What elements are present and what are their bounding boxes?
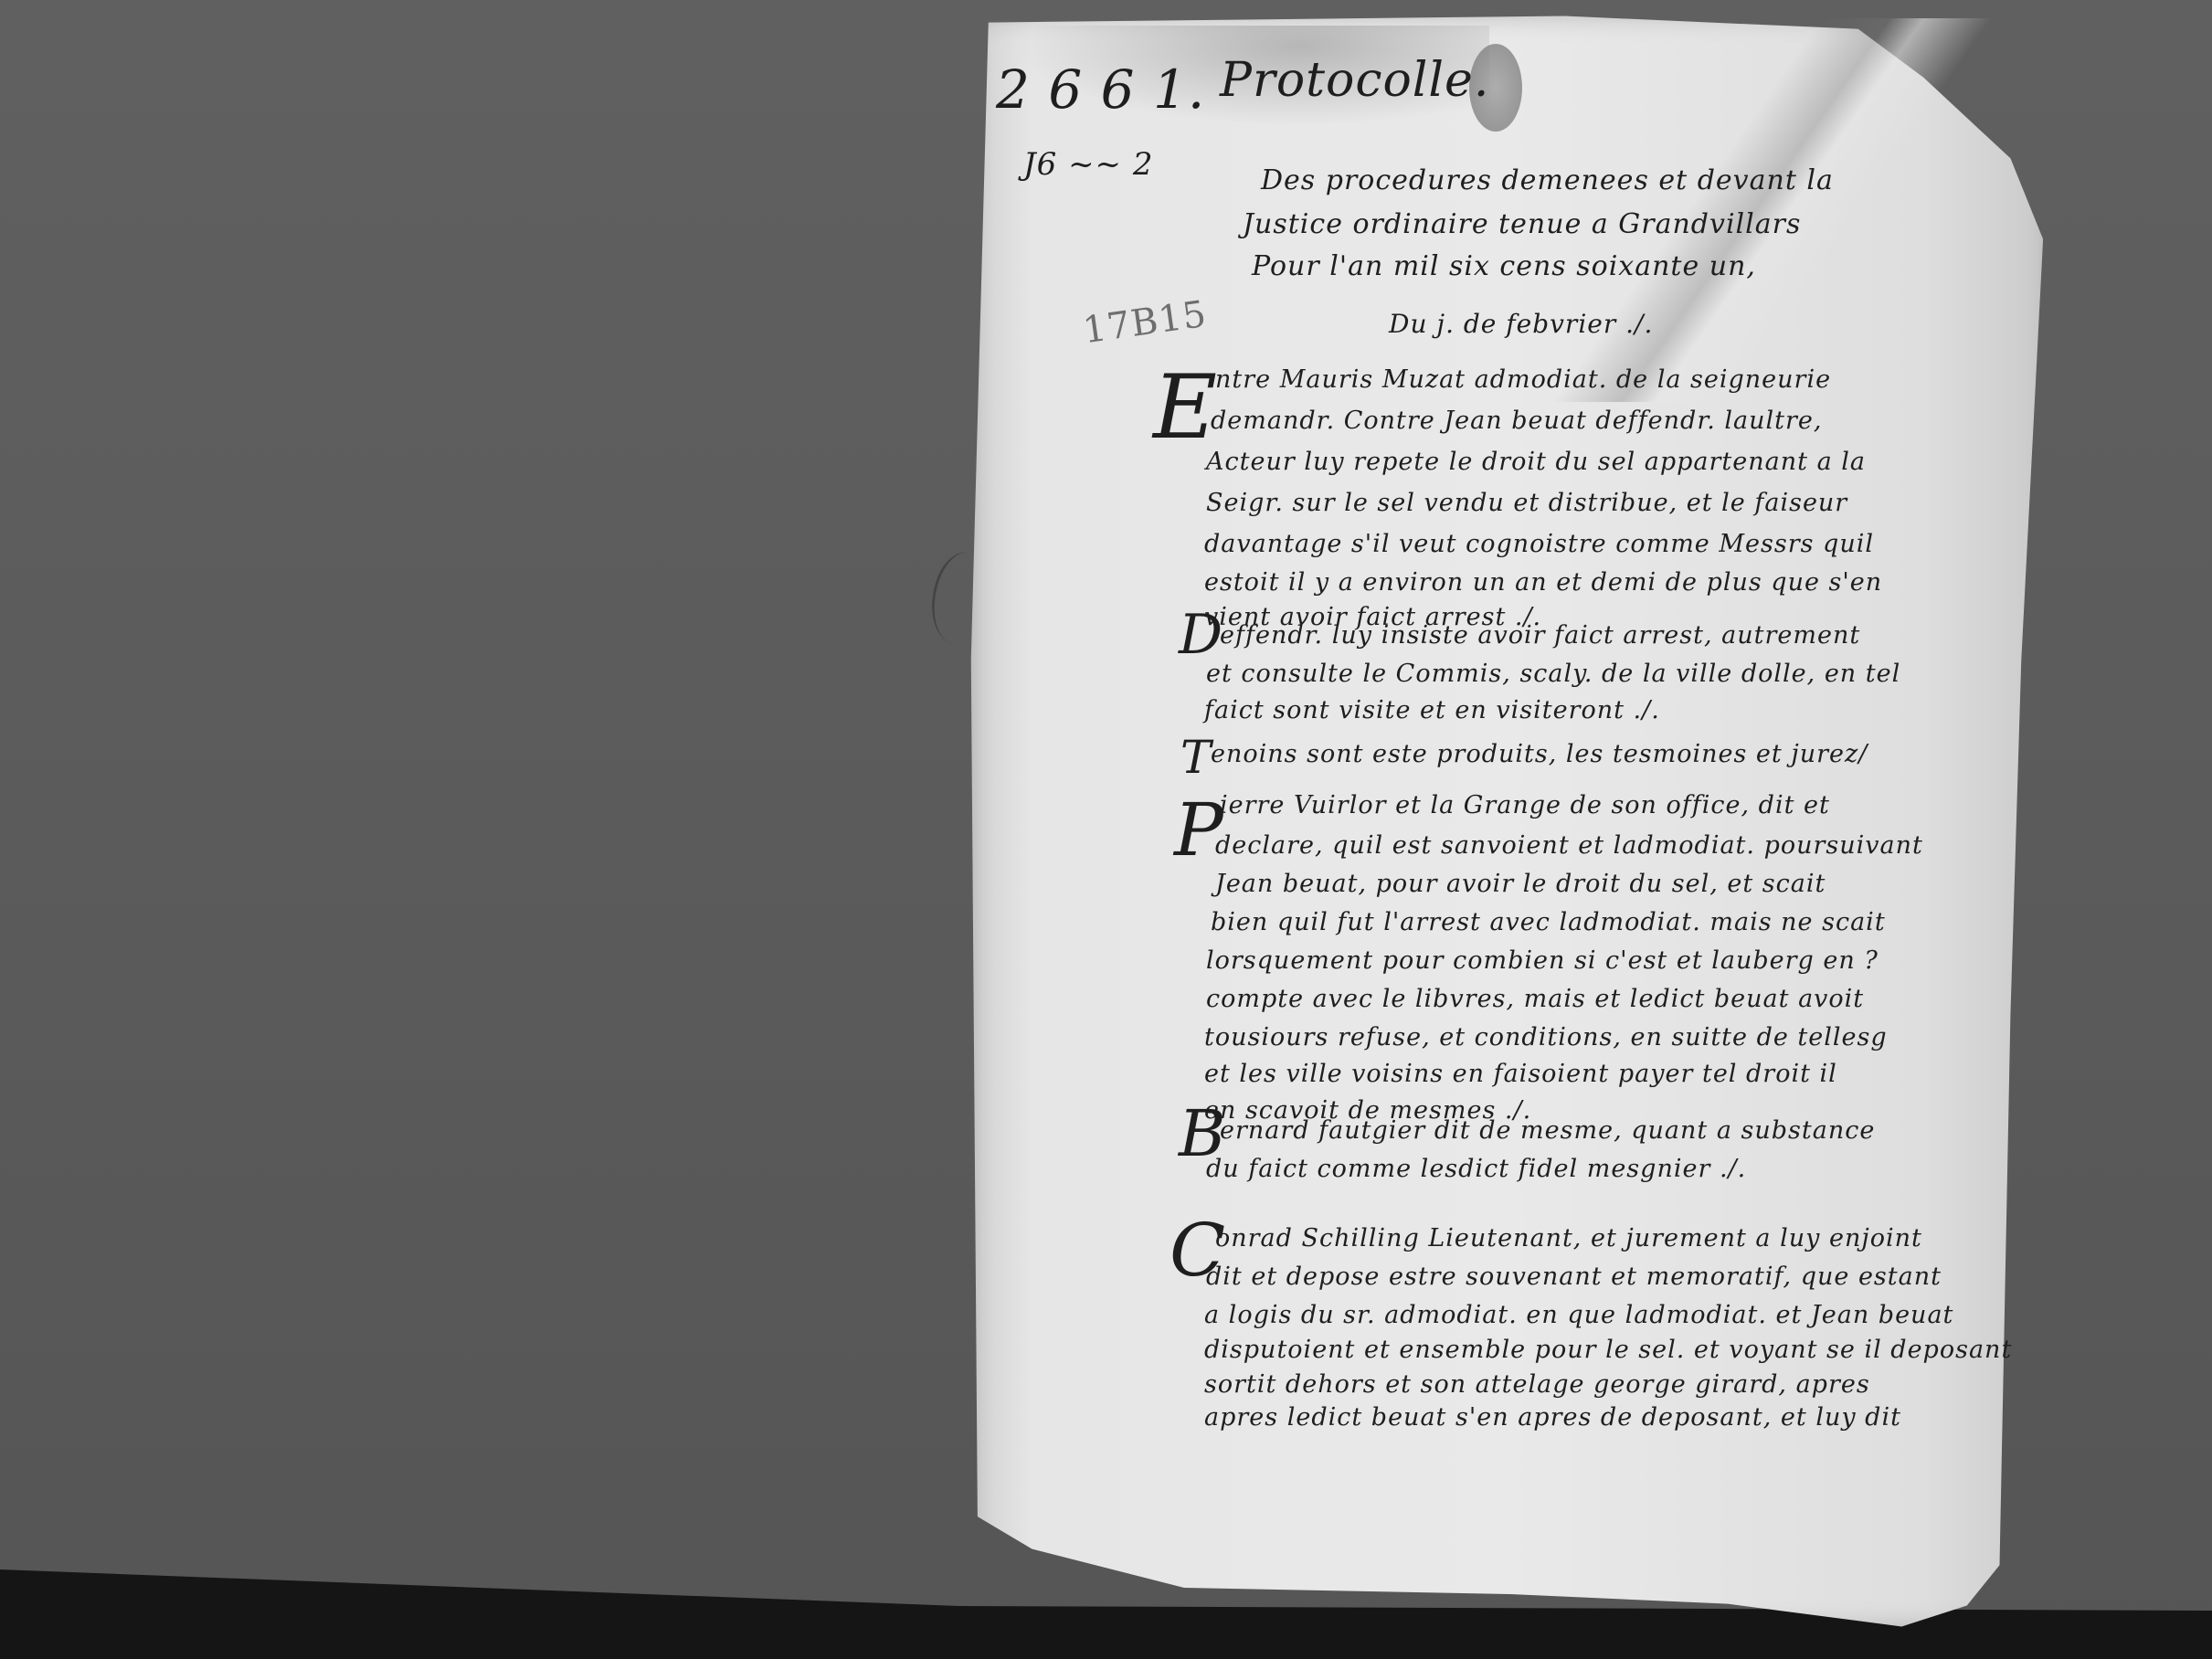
folio-mark: J6 ~~ 2	[1023, 146, 1154, 183]
text-line: Acteur luy repete le droit du sel appart…	[1206, 448, 1866, 476]
text-line: et les ville voisins en faisoient payer …	[1204, 1060, 1837, 1088]
text-line: apres ledict beuat s'en apres de deposan…	[1204, 1403, 1901, 1432]
text-line: demandr. Contre Jean beuat deffendr. lau…	[1211, 407, 1823, 435]
text-line: davantage s'il veut cognoistre comme Mes…	[1204, 530, 1874, 558]
text-line: faict sont visite et en visiteront ./.	[1204, 696, 1660, 724]
text-line: du faict comme lesdict fidel mesgnier ./…	[1206, 1155, 1746, 1183]
folio-number: 2 6 6 1.	[996, 58, 1205, 121]
text-line: lorsquement pour combien si c'est et lau…	[1206, 946, 1879, 975]
text-line: a logis du sr. admodiat. en que ladmodia…	[1204, 1301, 1953, 1329]
text-line: tousiours refuse, et conditions, en suit…	[1204, 1023, 1888, 1051]
page-title: Protocolle.	[1220, 53, 1489, 108]
text-line: disputoient et ensemble pour le sel. et …	[1204, 1336, 2012, 1364]
drop-cap: T	[1180, 731, 1211, 784]
text-line: declare, quil est sanvoient et ladmodiat…	[1215, 831, 1923, 860]
text-line: ntre Mauris Muzat admodiat. de la seigne…	[1215, 365, 1831, 394]
text-line: ierre Vuirlor et la Grange de son office…	[1220, 791, 1830, 819]
text-line: compte avec le libvres, mais et ledict b…	[1206, 985, 1864, 1013]
text-line: bien quil fut l'arrest avec ladmodiat. m…	[1211, 908, 1886, 936]
date-line: Du j. de febvrier ./.	[1389, 309, 1653, 339]
text-line: enoins sont este produits, les tesmoines…	[1211, 740, 1868, 768]
heading-line: Justice ordinaire tenue a Grandvillars	[1243, 208, 1801, 240]
text-line: onrad Schilling Lieutenant, et jurement …	[1215, 1224, 1922, 1252]
text-line: Seigr. sur le sel vendu et distribue, et…	[1206, 489, 1847, 517]
heading-line: Des procedures demenees et devant la	[1261, 164, 1834, 196]
drop-cap: P	[1174, 787, 1223, 872]
text-line: effendr. luy insiste avoir faict arrest,…	[1220, 621, 1860, 650]
drop-cap: D	[1179, 603, 1222, 667]
text-line: ernard fautgier dit de mesme, quant a su…	[1220, 1116, 1875, 1145]
text-line: estoit il y a environ un an et demi de p…	[1204, 568, 1882, 597]
drop-cap: E	[1153, 356, 1217, 459]
heading-line: Pour l'an mil six cens soixante un,	[1252, 250, 1756, 282]
text-line: Jean beuat, pour avoir le droit du sel, …	[1215, 870, 1826, 898]
text-line: dit et depose estre souvenant et memorat…	[1206, 1263, 1942, 1291]
text-line: sortit dehors et son attelage george gir…	[1204, 1370, 1870, 1399]
text-line: et consulte le Commis, scaly. de la vill…	[1206, 660, 1900, 688]
